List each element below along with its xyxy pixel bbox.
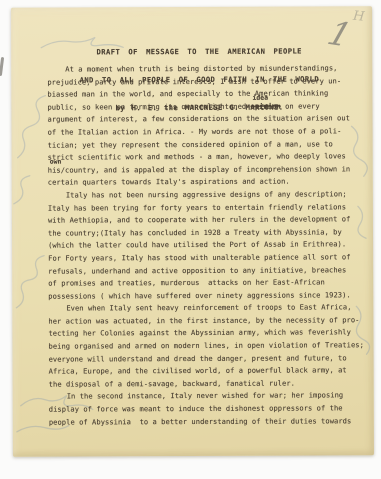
inserted-word: idea (252, 95, 268, 101)
body-line: Even when Italy sent heavy reinforcement… (48, 302, 370, 316)
body-line: display of force was meant to induce the… (49, 402, 371, 416)
text-segment: public, so keen on forming its own enlig… (47, 102, 250, 112)
inserted-word: own (50, 159, 62, 165)
text-segment: country, and is appaled at the display o… (65, 164, 350, 174)
body-line: Italy has not been nursing aggressive de… (48, 188, 370, 202)
struck-out-word: opinion (251, 101, 281, 110)
typed-correction: ownhis/ (48, 164, 65, 177)
body-line: biassed man in the world, and especially… (47, 87, 369, 101)
scan-edge-artifact (0, 57, 4, 76)
body-line: Africa, Europe, and the civilised world,… (49, 364, 371, 378)
body-line-with-insertion: ownhis/country, and is appaled at the di… (48, 163, 370, 177)
body-line: of promises and treaties, murderous atta… (48, 276, 370, 290)
body-line: For Forty years, Italy has stood with un… (48, 251, 370, 265)
body-line: with Aethiopia, and to cooperate with he… (48, 213, 370, 227)
body-line: strict scientific work and methods - a m… (48, 150, 370, 164)
body-line: being organised and armed on modern line… (48, 339, 370, 353)
body-line: of the Italian action in Africa. - My wo… (48, 125, 370, 139)
typed-correction: ideaopinion (251, 100, 281, 113)
body-line: At a moment when truth is being distorte… (47, 62, 369, 76)
text-segment: on every (281, 101, 320, 110)
title-line-1: DRAFT OF MESSAGE TO THE AMERICAN PEOPLE (39, 46, 359, 57)
document-body: At a moment when truth is being distorte… (47, 62, 371, 429)
text-segment: his/ (48, 165, 65, 174)
handwritten-corner-mark: H (352, 9, 365, 25)
document-page: DRAFT OF MESSAGE TO THE AMERICAN PEOPLE … (11, 6, 374, 457)
scanned-document-photo: DRAFT OF MESSAGE TO THE AMERICAN PEOPLE … (0, 0, 381, 479)
body-line: people of Abyssinia to a better understa… (49, 415, 371, 429)
